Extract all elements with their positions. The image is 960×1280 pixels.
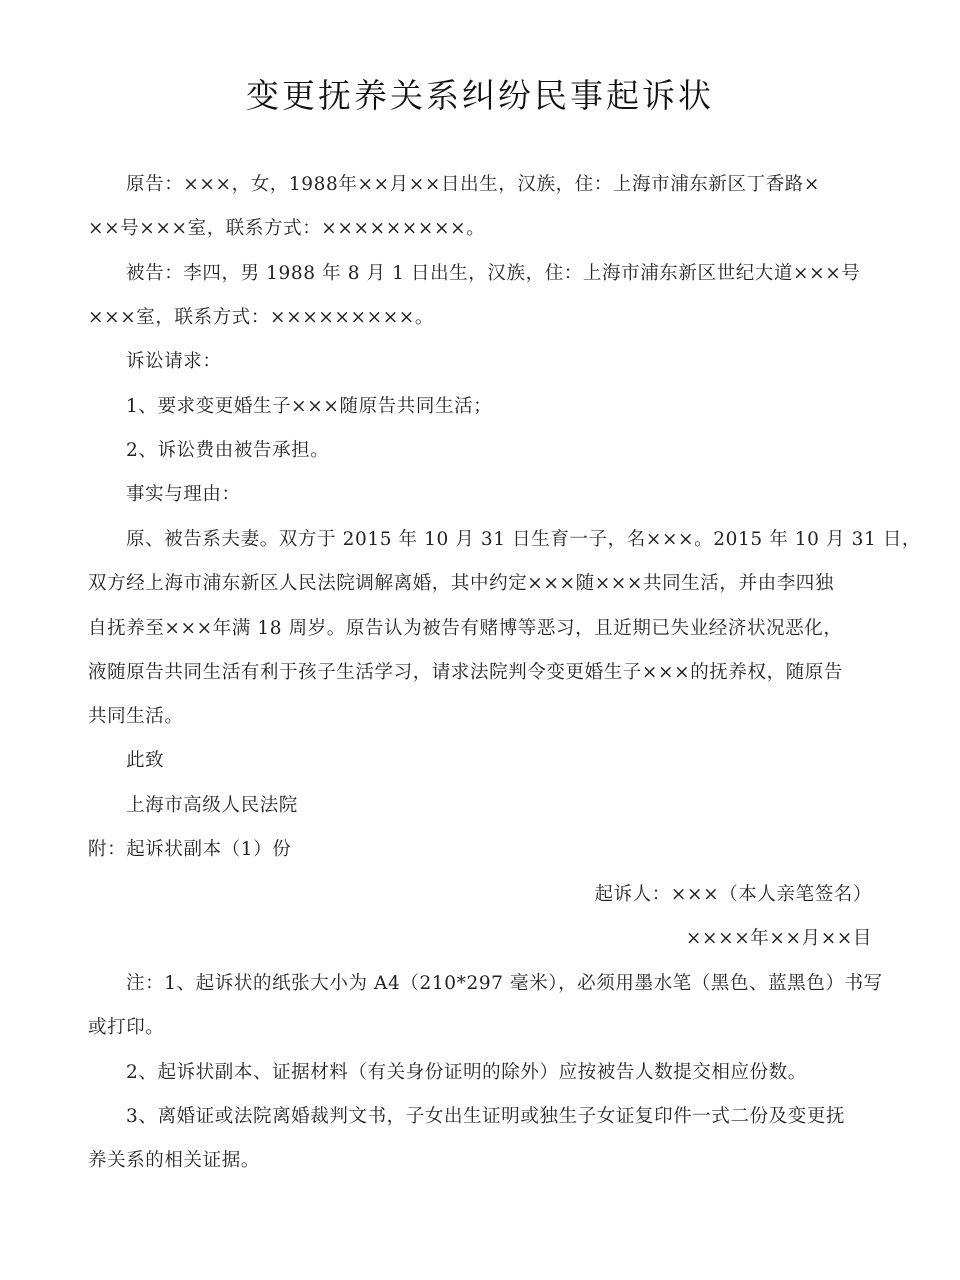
defendant-line-2: ×××室，联系方式：×××××××××。 — [88, 305, 434, 331]
claim-item: 1、要求变更婚生子×××随原告共同生活； — [126, 394, 492, 420]
court-name: 上海市高级人民法院 — [126, 793, 298, 819]
signer-line: 起诉人：×××（本人亲笔签名） — [594, 882, 872, 908]
note-line: 3、离婚证或法院离婚裁判文书，子女出生证明或独生子女证复印件一式二份及变更抚 — [126, 1104, 845, 1130]
date-line: ××××年××月××目 — [686, 926, 872, 952]
plaintiff-line-1: 原告：×××，女，1988年××月××日出生，汉族，住：上海市浦东新区丁香路× — [126, 172, 820, 198]
defendant-line-1: 被告：李四，男 1988 年 8 月 1 日出生，汉族，住：上海市浦东新区世纪大… — [126, 261, 860, 287]
claims-heading: 诉讼请求： — [126, 349, 222, 375]
plaintiff-line-2: ××号×××室，联系方式：×××××××××。 — [88, 216, 485, 242]
facts-line: 自抚养至×××年满 18 周岁。原告认为被告有赌博等恶习，且近期已失业经济状况恶… — [88, 616, 843, 642]
note-line: 注：1、起诉状的纸张大小为 A4（210*297 毫米），必须用墨水笔（黑色、蓝… — [126, 971, 883, 997]
facts-line: 共同生活。 — [88, 704, 184, 730]
claim-item: 2、诉讼费由被告承担。 — [126, 438, 329, 464]
salutation: 此致 — [126, 748, 164, 774]
note-line: 2、起诉状副本、证据材料（有关身份证明的除外）应按被告人数提交相应份数。 — [126, 1060, 807, 1086]
facts-line: 液随原告共同生活有利于孩子生活学习，请求法院判令变更婚生子×××的抚养权，随原告 — [88, 660, 843, 686]
document-title: 变更抚养关系纠纷民事起诉状 — [0, 70, 960, 117]
note-line: 或打印。 — [88, 1015, 164, 1041]
attachment-note: 附：起诉状副本（1）份 — [88, 837, 291, 863]
facts-line: 双方经上海市浦东新区人民法院调解离婚，其中约定×××随×××共同生活，并由李四独 — [88, 571, 834, 597]
note-line: 养关系的相关证据。 — [88, 1148, 260, 1174]
facts-heading: 事实与理由： — [126, 482, 241, 508]
facts-line: 原、被告系夫妻。双方于 2015 年 10 月 31 日生育一子，名×××。20… — [126, 527, 921, 553]
